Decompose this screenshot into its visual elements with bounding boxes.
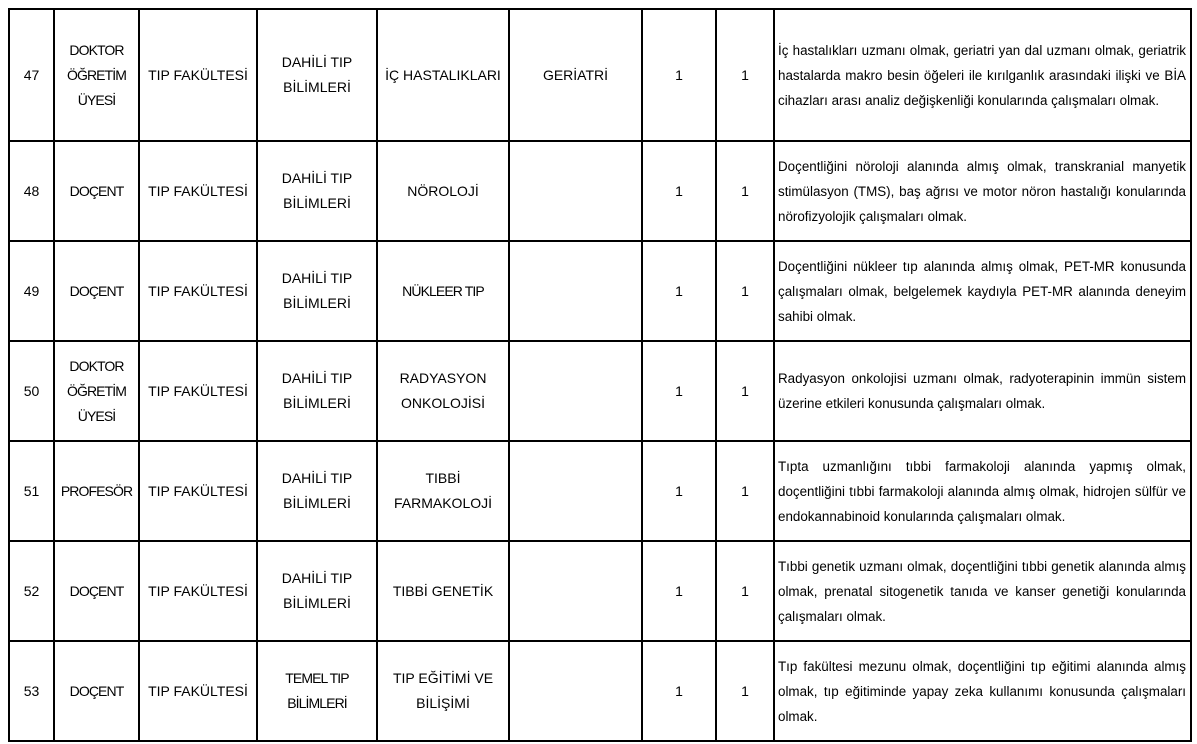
- subfield: [509, 641, 642, 741]
- academic-title: DOKTOR ÖĞRETİM ÜYESİ: [54, 9, 139, 141]
- table-row: 53 DOÇENT TIP FAKÜLTESİ TEMEL TIP BİLİML…: [9, 641, 1191, 741]
- faculty: TIP FAKÜLTESİ: [139, 9, 257, 141]
- table-row: 47 DOKTOR ÖĞRETİM ÜYESİ TIP FAKÜLTESİ DA…: [9, 9, 1191, 141]
- subfield: [509, 141, 642, 241]
- requirements: İç hastalıkları uzmanı olmak, geriatri y…: [774, 9, 1191, 141]
- field: RADYASYON ONKOLOJİSİ: [377, 341, 509, 441]
- count-2: 1: [716, 141, 774, 241]
- faculty: TIP FAKÜLTESİ: [139, 641, 257, 741]
- count-1: 1: [642, 241, 716, 341]
- row-number: 48: [9, 141, 54, 241]
- faculty: TIP FAKÜLTESİ: [139, 541, 257, 641]
- faculty: TIP FAKÜLTESİ: [139, 441, 257, 541]
- count-2: 1: [716, 341, 774, 441]
- requirements: Doçentliğini nükleer tıp alanında almış …: [774, 241, 1191, 341]
- row-number: 52: [9, 541, 54, 641]
- subfield: [509, 241, 642, 341]
- requirements: Tıbbi genetik uzmanı olmak, doçentliğini…: [774, 541, 1191, 641]
- department: DAHİLİ TIP BİLİMLERİ: [257, 9, 377, 141]
- faculty-positions-table: 47 DOKTOR ÖĞRETİM ÜYESİ TIP FAKÜLTESİ DA…: [8, 8, 1192, 742]
- row-number: 51: [9, 441, 54, 541]
- requirements: Doçentliğini nöroloji alanında almış olm…: [774, 141, 1191, 241]
- count-1: 1: [642, 341, 716, 441]
- count-2: 1: [716, 241, 774, 341]
- academic-title: DOÇENT: [54, 141, 139, 241]
- requirements: Tıpta uzmanlığını tıbbi farmakoloji alan…: [774, 441, 1191, 541]
- academic-title: PROFESÖR: [54, 441, 139, 541]
- count-2: 1: [716, 9, 774, 141]
- academic-title: DOÇENT: [54, 641, 139, 741]
- subfield: [509, 441, 642, 541]
- department: DAHİLİ TIP BİLİMLERİ: [257, 241, 377, 341]
- table-row: 52 DOÇENT TIP FAKÜLTESİ DAHİLİ TIP BİLİM…: [9, 541, 1191, 641]
- faculty: TIP FAKÜLTESİ: [139, 341, 257, 441]
- department: DAHİLİ TIP BİLİMLERİ: [257, 541, 377, 641]
- field: NÜKLEER TIP: [377, 241, 509, 341]
- field: TIP EĞİTİMİ VE BİLİŞİMİ: [377, 641, 509, 741]
- row-number: 50: [9, 341, 54, 441]
- row-number: 47: [9, 9, 54, 141]
- count-1: 1: [642, 541, 716, 641]
- field: TIBBİ FARMAKOLOJİ: [377, 441, 509, 541]
- row-number: 53: [9, 641, 54, 741]
- requirements: Tıp fakültesi mezunu olmak, doçentliğini…: [774, 641, 1191, 741]
- count-2: 1: [716, 541, 774, 641]
- count-1: 1: [642, 141, 716, 241]
- subfield: [509, 341, 642, 441]
- academic-title: DOÇENT: [54, 541, 139, 641]
- subfield: GERİATRİ: [509, 9, 642, 141]
- field: İÇ HASTALIKLARI: [377, 9, 509, 141]
- table-row: 48 DOÇENT TIP FAKÜLTESİ DAHİLİ TIP BİLİM…: [9, 141, 1191, 241]
- count-1: 1: [642, 641, 716, 741]
- department: DAHİLİ TIP BİLİMLERİ: [257, 341, 377, 441]
- table-row: 50 DOKTOR ÖĞRETİM ÜYESİ TIP FAKÜLTESİ DA…: [9, 341, 1191, 441]
- count-2: 1: [716, 441, 774, 541]
- academic-title: DOKTOR ÖĞRETİM ÜYESİ: [54, 341, 139, 441]
- department: DAHİLİ TIP BİLİMLERİ: [257, 141, 377, 241]
- faculty: TIP FAKÜLTESİ: [139, 241, 257, 341]
- row-number: 49: [9, 241, 54, 341]
- count-2: 1: [716, 641, 774, 741]
- subfield: [509, 541, 642, 641]
- field: TIBBİ GENETİK: [377, 541, 509, 641]
- table-row: 49 DOÇENT TIP FAKÜLTESİ DAHİLİ TIP BİLİM…: [9, 241, 1191, 341]
- count-1: 1: [642, 441, 716, 541]
- department: DAHİLİ TIP BİLİMLERİ: [257, 441, 377, 541]
- faculty: TIP FAKÜLTESİ: [139, 141, 257, 241]
- count-1: 1: [642, 9, 716, 141]
- table-row: 51 PROFESÖR TIP FAKÜLTESİ DAHİLİ TIP BİL…: [9, 441, 1191, 541]
- academic-title: DOÇENT: [54, 241, 139, 341]
- field: NÖROLOJİ: [377, 141, 509, 241]
- department: TEMEL TIP BİLİMLERİ: [257, 641, 377, 741]
- requirements: Radyasyon onkolojisi uzmanı olmak, radyo…: [774, 341, 1191, 441]
